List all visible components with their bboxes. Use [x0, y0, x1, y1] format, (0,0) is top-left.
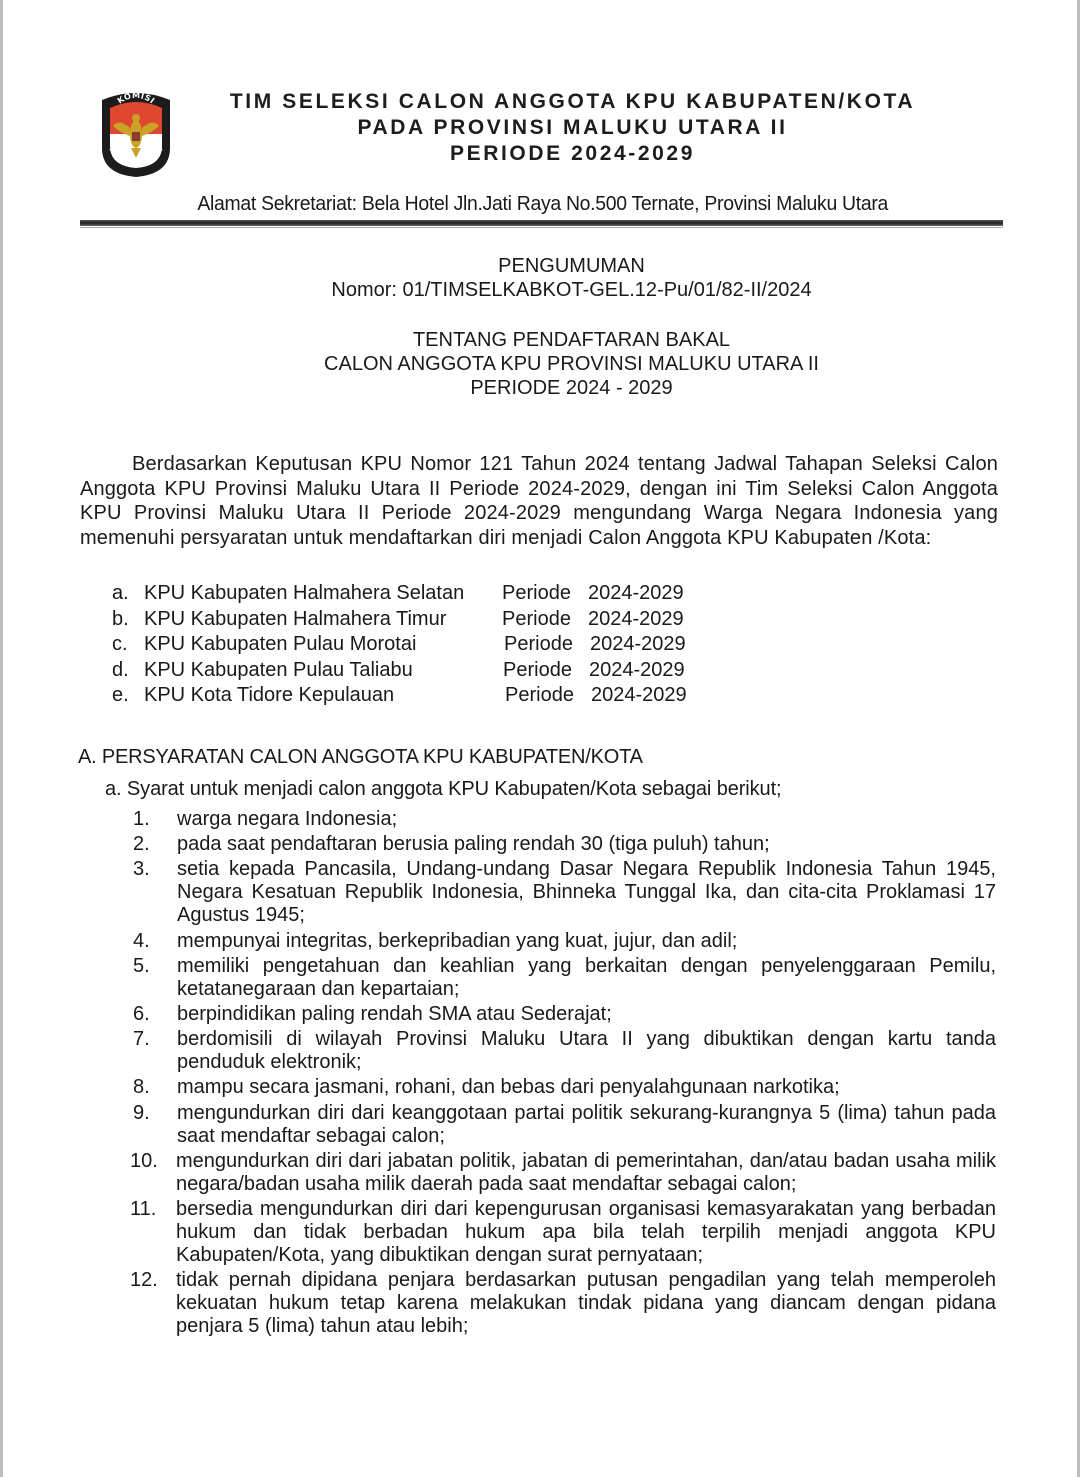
requirement-item: 12.tidak pernah dipidana penjara berdasa… — [133, 1269, 996, 1338]
requirement-number: 6. — [133, 1003, 150, 1026]
periode-label: Periode — [505, 684, 574, 707]
requirement-text: tidak pernah dipidana penjara berdasarka… — [176, 1269, 996, 1337]
requirement-number: 11. — [130, 1198, 156, 1221]
requirement-text: mengundurkan diri dari keanggotaan parta… — [177, 1102, 996, 1147]
item-letter: c. — [112, 633, 128, 656]
requirement-item: 9.mengundurkan diri dari keanggotaan par… — [133, 1102, 996, 1148]
requirement-text: mengundurkan diri dari jabatan politik, … — [176, 1150, 996, 1195]
periode-label: Periode — [502, 582, 571, 605]
letterhead-title: TIM SELEKSI CALON ANGGOTA KPU KABUPATEN/… — [180, 89, 965, 167]
subject-line-3: PERIODE 2024 - 2029 — [80, 376, 1063, 400]
requirement-number: 3. — [133, 858, 150, 881]
requirement-text: berdomisili di wilayah Provinsi Maluku U… — [177, 1028, 996, 1073]
letterhead-line-2: PADA PROVINSI MALUKU UTARA II — [180, 115, 965, 141]
letterhead-divider — [80, 220, 1003, 226]
subject-line-1: TENTANG PENDAFTARAN BAKAL — [80, 328, 1063, 352]
requirement-item: 1.warga negara Indonesia; — [133, 808, 996, 831]
periode-years: 2024-2029 — [588, 582, 684, 605]
requirement-text: mempunyai integritas, berkepribadian yan… — [177, 930, 737, 952]
requirement-item: 8.mampu secara jasmani, rohani, dan beba… — [133, 1076, 996, 1099]
requirement-item: 4.mempunyai integritas, berkepribadian y… — [133, 930, 996, 953]
requirement-number: 9. — [133, 1102, 150, 1125]
announcement-number: Nomor: 01/TIMSELKABKOT-GEL.12-Pu/01/82-I… — [80, 278, 1063, 302]
periode-label: Periode — [503, 659, 572, 682]
requirement-item: 6.berpindidikan paling rendah SMA atau S… — [133, 1003, 996, 1026]
subject-line-2: CALON ANGGOTA KPU PROVINSI MALUKU UTARA … — [80, 352, 1063, 376]
kpu-name: KPU Kota Tidore Kepulauan — [144, 684, 394, 707]
periode-label: Periode — [504, 633, 573, 656]
requirements-list: 1.warga negara Indonesia; 2.pada saat pe… — [133, 808, 996, 1340]
requirement-item: 5.memiliki pengetahuan dan keahlian yang… — [133, 955, 996, 1001]
periode-years: 2024-2029 — [588, 608, 684, 631]
periode-years: 2024-2029 — [589, 659, 685, 682]
page-edge-left — [0, 0, 3, 1477]
requirement-text: warga negara Indonesia; — [177, 808, 397, 830]
requirement-number: 1. — [133, 808, 150, 831]
periode-label: Periode — [502, 608, 571, 631]
requirement-item: 11.bersedia mengundurkan diri dari kepen… — [133, 1198, 996, 1267]
announcement-heading-block: PENGUMUMAN Nomor: 01/TIMSELKABKOT-GEL.12… — [80, 254, 1063, 302]
kpu-name: KPU Kabupaten Pulau Morotai — [144, 633, 416, 656]
requirement-text: memiliki pengetahuan dan keahlian yang b… — [177, 955, 996, 1000]
section-a-subsection: a. Syarat untuk menjadi calon anggota KP… — [105, 778, 782, 801]
requirement-text: berpindidikan paling rendah SMA atau Sed… — [177, 1003, 612, 1025]
periode-years: 2024-2029 — [591, 684, 687, 707]
item-letter: b. — [112, 608, 129, 631]
requirement-number: 12. — [130, 1269, 158, 1292]
requirement-item: 7.berdomisili di wilayah Provinsi Maluku… — [133, 1028, 996, 1074]
item-letter: e. — [112, 684, 129, 707]
requirement-text: setia kepada Pancasila, Undang-undang Da… — [177, 858, 996, 926]
kpu-logo-icon: KOMISI PEMILIHAN UMUM — [97, 88, 175, 178]
requirement-text: mampu secara jasmani, rohani, dan bebas … — [177, 1076, 840, 1098]
requirement-number: 2. — [133, 833, 150, 856]
letterhead-line-1: TIM SELEKSI CALON ANGGOTA KPU KABUPATEN/… — [180, 89, 965, 115]
intro-paragraph: Berdasarkan Keputusan KPU Nomor 121 Tahu… — [80, 452, 998, 550]
requirement-text: bersedia mengundurkan diri dari kepengur… — [176, 1198, 996, 1266]
requirement-item: 3.setia kepada Pancasila, Undang-undang … — [133, 858, 996, 927]
kpu-name: KPU Kabupaten Pulau Taliabu — [144, 659, 413, 682]
announcement-subject: TENTANG PENDAFTARAN BAKAL CALON ANGGOTA … — [80, 328, 1063, 400]
secretariat-address: Alamat Sekretariat: Bela Hotel Jln.Jati … — [80, 193, 1005, 216]
requirement-item: 2.pada saat pendaftaran berusia paling r… — [133, 833, 996, 856]
kpu-name: KPU Kabupaten Halmahera Selatan — [144, 582, 464, 605]
letterhead-divider-thin — [80, 227, 1003, 228]
section-a-title: A. PERSYARATAN CALON ANGGOTA KPU KABUPAT… — [78, 746, 643, 769]
item-letter: a. — [112, 582, 129, 605]
announcement-heading: PENGUMUMAN — [80, 254, 1063, 278]
requirement-number: 4. — [133, 930, 150, 953]
requirement-text: pada saat pendaftaran berusia paling ren… — [177, 833, 770, 855]
requirement-number: 10. — [130, 1150, 158, 1173]
requirement-item: 10.mengundurkan diri dari jabatan politi… — [133, 1150, 996, 1196]
item-letter: d. — [112, 659, 129, 682]
requirement-number: 8. — [133, 1076, 150, 1099]
letterhead-line-3: PERIODE 2024-2029 — [180, 141, 965, 167]
requirement-number: 5. — [133, 955, 150, 978]
periode-years: 2024-2029 — [590, 633, 686, 656]
requirement-number: 7. — [133, 1028, 150, 1051]
kpu-name: KPU Kabupaten Halmahera Timur — [144, 608, 446, 631]
